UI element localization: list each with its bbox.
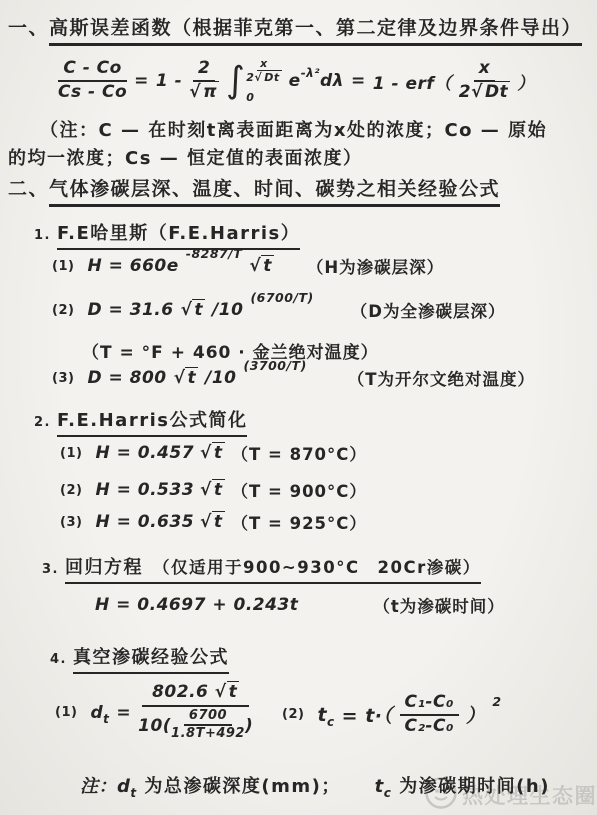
vacuum-depth-fraction: 802.6 √t 10(67001.8T+492) xyxy=(138,683,253,742)
harris-heading: 1.F.E哈里斯（F.E.Harris） xyxy=(34,219,300,250)
harris-formula-3-note: （T为开尔文绝对温度） xyxy=(348,366,535,390)
rankine-temperature-note: （T = °F + 460 · 金兰绝对温度） xyxy=(82,338,379,363)
simplified-formula-row: (3) H = 0.635 √t （T = 925°C） xyxy=(60,510,367,534)
section2-heading: 二、气体渗碳层深、温度、时间、碳势之相关经验公式 xyxy=(8,174,500,207)
bottom-footnote: 注：dt 为总渗碳深度(mm)； tc 为渗碳期时间(h) xyxy=(80,772,550,798)
harris-formula-2: (2) D = 31.6 √t /10(6700/T) （D为全渗碳层深） xyxy=(52,298,505,322)
integrand: e-λ²dλ xyxy=(289,71,344,91)
vacuum-exponent-fraction: 67001.8T+492 xyxy=(171,709,245,743)
regression-heading: 3.回归方程（仅适用于900~930°C 20Cr渗碳） xyxy=(42,553,481,584)
two-over-sqrt-pi: 2 √π xyxy=(189,59,219,102)
harris-formula-2-note: （D为全渗碳层深） xyxy=(351,298,506,322)
regression-condition: （仅适用于900~930°C 20Cr渗碳） xyxy=(153,558,481,577)
harris-formula-1: (1) H = 660e-8287/T √t （H为渗碳层深） xyxy=(52,254,444,278)
section1-number: 一、 xyxy=(8,17,49,39)
regression-formula: H = 0.4697 + 0.243t （t为渗碳时间） xyxy=(95,593,505,617)
simplified-formula-3-note: （T = 925°C） xyxy=(232,510,367,534)
section1-title: 高斯误差函数（根据菲克第一、第二定律及边界条件导出） xyxy=(49,13,582,46)
simplified-heading-title: F.E.Harris公式简化 xyxy=(57,406,247,437)
simplified-formula-2-note: （T = 900°C） xyxy=(232,478,367,502)
simplified-formula-1-note: （T = 870°C） xyxy=(232,441,367,465)
concentration-ratio: C₁-C₀ C₂-C₀ xyxy=(400,693,459,736)
vacuum-heading-title: 真空渗碳经验公式 xyxy=(73,643,229,674)
erf-formula: C - Co Cs - Co = 1 - 2 √π ∫ x 2√Dt 0 e-λ… xyxy=(58,58,535,104)
simplified-formula-row: (1) H = 0.457 √t （T = 870°C） xyxy=(60,441,367,465)
vacuum-heading: 4.真空渗碳经验公式 xyxy=(50,643,229,674)
section2-title: 气体渗碳层深、温度、时间、碳势之相关经验公式 xyxy=(49,174,500,207)
section2-number: 二、 xyxy=(8,178,49,200)
concentration-ratio-fraction: C - Co Cs - Co xyxy=(58,59,127,102)
harris-heading-title: F.E哈里斯（F.E.Harris） xyxy=(57,219,300,250)
harris-formula-1-note: （H为渗碳层深） xyxy=(307,254,444,278)
integral-lower-limit: 0 xyxy=(246,91,281,104)
symbols-note-line2: 的均一浓度；Cs — 恒定值的表面浓度） xyxy=(8,144,362,170)
erf-argument: x 2√Dt xyxy=(459,59,510,102)
simplified-formula-row: (2) H = 0.533 √t （T = 900°C） xyxy=(60,478,367,502)
regression-heading-title: 回归方程（仅适用于900~930°C 20Cr渗碳） xyxy=(65,553,481,584)
regression-formula-note: （t为渗碳时间） xyxy=(373,593,504,617)
vacuum-depth-formula: (1) dt = 802.6 √t 10(67001.8T+492) xyxy=(55,683,253,742)
section1-heading: 一、高斯误差函数（根据菲克第一、第二定律及边界条件导出） xyxy=(8,13,582,46)
integral-upper-limit: x 2√Dt xyxy=(246,58,281,83)
handwritten-notes-page: 热处理生态圈 一、高斯误差函数（根据菲克第一、第二定律及边界条件导出） C - … xyxy=(0,0,597,815)
symbols-note-line1: （注：C — 在时刻t离表面距离为x处的浓度；Co — 原始 xyxy=(40,116,547,142)
simplified-heading: 2.F.E.Harris公式简化 xyxy=(34,406,247,437)
vacuum-time-formula: (2) tc = t·（ C₁-C₀ C₂-C₀ ） 2 xyxy=(282,693,502,736)
integral: ∫ x 2√Dt 0 xyxy=(226,58,282,104)
harris-formula-3: (3) D = 800 √t /10(3700/T) （T为开尔文绝对温度） xyxy=(52,366,535,390)
